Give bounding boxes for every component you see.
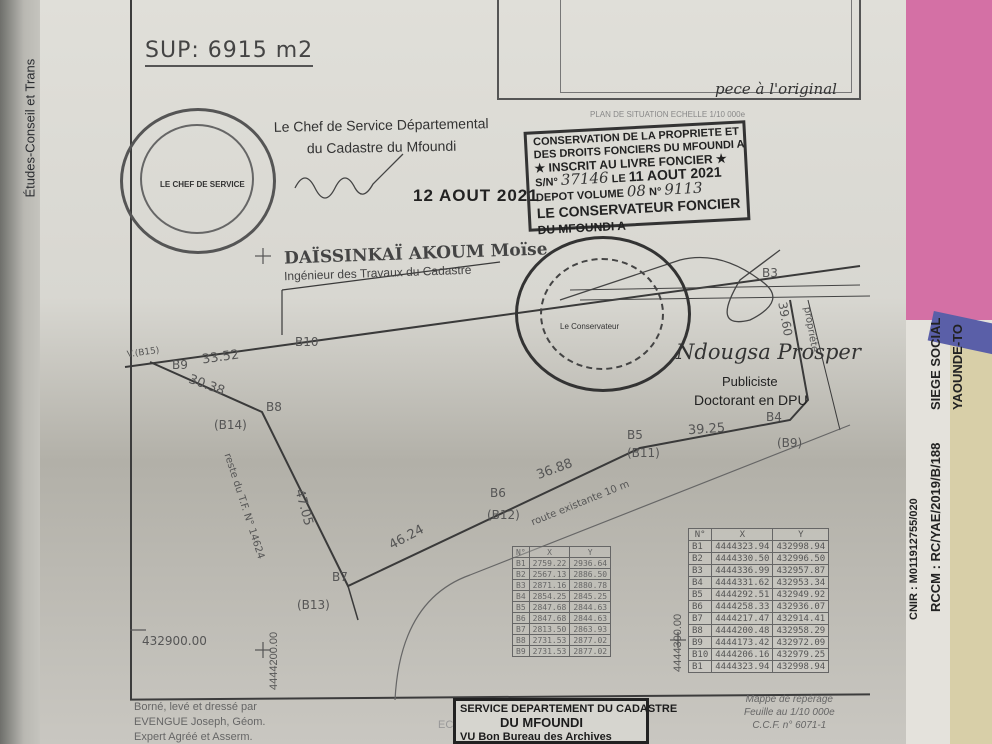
coordinate-y-label-1: 4444200.00 xyxy=(268,632,280,690)
table-cell: 432949.92 xyxy=(773,589,829,601)
table-row: B42854.252845.25 xyxy=(513,591,611,602)
coordinate-x-label: 432900.00 xyxy=(142,634,207,648)
boundary-label: (B11) xyxy=(627,446,660,460)
table-cell: 4444206.16 xyxy=(712,649,773,661)
table-cell: 2731.53 xyxy=(529,635,570,646)
table-cell: 432957.87 xyxy=(773,565,829,577)
table-cell: 2845.25 xyxy=(570,591,611,602)
table-cell: 432914.41 xyxy=(773,613,829,625)
table-cell: 2880.78 xyxy=(570,580,611,591)
archive-line-3: VU Bon Bureau des Archives xyxy=(460,730,642,744)
table-cell: 2936.64 xyxy=(570,558,611,569)
boundary-label: B9 xyxy=(172,358,188,372)
table-cell: 2877.02 xyxy=(570,646,611,657)
table-row: B62847.682844.63 xyxy=(513,613,611,624)
table-cell: B8 xyxy=(513,635,530,646)
table-row: B24444330.50432996.50 xyxy=(689,553,829,565)
table-cell: 432998.94 xyxy=(773,661,829,673)
table-cell: B5 xyxy=(689,589,712,601)
table-cell: 4444330.50 xyxy=(712,553,773,565)
table-row: B34444336.99432957.87 xyxy=(689,565,829,577)
table-row: B94444173.42432972.09 xyxy=(689,637,829,649)
table-row: B84444200.48432958.29 xyxy=(689,625,829,637)
table-cell: 432972.09 xyxy=(773,637,829,649)
distance-label: 39.25 xyxy=(688,421,726,439)
boundary-label: B10 xyxy=(295,335,319,349)
table-cell: B9 xyxy=(513,646,530,657)
chief-title-line2: du Cadastre du Mfoundi xyxy=(274,134,489,160)
publicist-role: Publiciste xyxy=(722,374,778,389)
table-cell: 4444336.99 xyxy=(712,565,773,577)
table-cell: 4444200.48 xyxy=(712,625,773,637)
chief-title-line1: Le Chef de Service Départemental xyxy=(274,112,489,138)
land-registry-stamp: CONSERVATION DE LA PROPRIETE ET DES DROI… xyxy=(524,120,751,231)
table-cell: 4444217.47 xyxy=(712,613,773,625)
table-cell: B4 xyxy=(513,591,530,602)
table-cell: B1 xyxy=(513,558,530,569)
mappe-line-2: Feuille au 1/10 000e xyxy=(744,706,835,719)
table-cell: 2854.25 xyxy=(529,591,570,602)
chief-seal-inner xyxy=(140,124,254,234)
table-cell: 4444258.33 xyxy=(712,601,773,613)
table-cell: B6 xyxy=(513,613,530,624)
coordinate-y-label-2: 4444300.00 xyxy=(672,614,684,672)
table-cell: 432998.94 xyxy=(773,541,829,553)
table-header: X xyxy=(529,547,570,558)
table-row: B14444323.94432998.94 xyxy=(689,661,829,673)
chief-date-stamp: 12 AOUT 2021 xyxy=(413,186,539,206)
surveyor-line-2: EVENGUE Joseph, Géom. xyxy=(134,715,265,730)
table-cell: 432996.50 xyxy=(773,553,829,565)
table-cell: 4444173.42 xyxy=(712,637,773,649)
boundary-label: B8 xyxy=(266,400,282,414)
table-cell: 432936.07 xyxy=(773,601,829,613)
archive-line-2: DU MFOUNDI xyxy=(460,716,642,730)
table-row: B54444292.51432949.92 xyxy=(689,589,829,601)
boundary-label: (B9) xyxy=(777,436,802,450)
table-header: N° xyxy=(513,547,530,558)
parcel-plan-drawing xyxy=(0,0,992,744)
table-row: B104444206.16432979.25 xyxy=(689,649,829,661)
table-cell: B2 xyxy=(513,569,530,580)
table-row: B82731.532877.02 xyxy=(513,635,611,646)
coordinates-table-main: N° X Y B14444323.94432998.94B24444330.50… xyxy=(688,528,829,673)
archives-stamp: SERVICE DEPARTEMENT DU CADASTRE DU MFOUN… xyxy=(453,698,649,744)
table-cell: 2731.53 xyxy=(529,646,570,657)
table-cell: B2 xyxy=(689,553,712,565)
chief-service-title: Le Chef de Service Départemental du Cada… xyxy=(274,112,490,160)
table-cell: B8 xyxy=(689,625,712,637)
table-cell: 432958.29 xyxy=(773,625,829,637)
table-header: N° xyxy=(689,529,712,541)
boundary-label: B4 xyxy=(766,410,782,424)
table-row: B12759.222936.64 xyxy=(513,558,611,569)
table-cell: 2759.22 xyxy=(529,558,570,569)
table-cell: 4444323.94 xyxy=(712,541,773,553)
table-row: B22567.132886.50 xyxy=(513,569,611,580)
table-row: B44444331.62432953.34 xyxy=(689,577,829,589)
table-row: B72813.502863.93 xyxy=(513,624,611,635)
stamp-volume-value: 08 xyxy=(626,182,646,201)
table-row: B32871.162880.78 xyxy=(513,580,611,591)
stamp-sn-label: S/N° xyxy=(535,176,558,189)
table-cell: 2847.68 xyxy=(529,613,570,624)
conservateur-seal-inner xyxy=(540,258,664,370)
table-cell: 2871.16 xyxy=(529,580,570,591)
coordinates-table-secondary: N° X Y B12759.222936.64B22567.132886.50B… xyxy=(512,546,611,657)
table-cell: 2847.68 xyxy=(529,602,570,613)
table-cell: B3 xyxy=(513,580,530,591)
table-cell: 432953.34 xyxy=(773,577,829,589)
table-row: B14444323.94432998.94 xyxy=(689,541,829,553)
table-cell: 2863.93 xyxy=(570,624,611,635)
table-cell: B9 xyxy=(689,637,712,649)
table-cell: 4444323.94 xyxy=(712,661,773,673)
mappe-line-3: C.C.F. n° 6071-1 xyxy=(744,719,835,732)
table-cell: B5 xyxy=(513,602,530,613)
publicist-name: Ndougsa Prosper xyxy=(676,340,861,364)
boundary-label: (B14) xyxy=(214,418,247,432)
boundary-label: B6 xyxy=(490,486,506,500)
stamp-le-label: LE xyxy=(611,173,626,186)
table-cell: B6 xyxy=(689,601,712,613)
surveyor-line-3: Expert Agréé et Asserm. xyxy=(134,730,265,744)
stamp-no-value: 9113 xyxy=(664,179,703,199)
table-cell: 2567.13 xyxy=(529,569,570,580)
table-cell: 2886.50 xyxy=(570,569,611,580)
table-row: B64444258.33432936.07 xyxy=(689,601,829,613)
table-cell: B7 xyxy=(689,613,712,625)
table-cell: 2877.02 xyxy=(570,635,611,646)
table-row: B52847.682844.63 xyxy=(513,602,611,613)
publicist-degree: Doctorant en DPU xyxy=(694,392,808,408)
conservateur-seal-text: Le Conservateur xyxy=(560,322,619,331)
table-cell: 2844.63 xyxy=(570,613,611,624)
mappe-line-1: Mappe de repérage xyxy=(744,693,835,706)
table-row: B92731.532877.02 xyxy=(513,646,611,657)
table-cell: 4444292.51 xyxy=(712,589,773,601)
table-cell: 2844.63 xyxy=(570,602,611,613)
table-header: X xyxy=(712,529,773,541)
table-cell: B1 xyxy=(689,661,712,673)
table-cell: B4 xyxy=(689,577,712,589)
boundary-label: B3 xyxy=(762,266,778,280)
boundary-label: B5 xyxy=(627,428,643,442)
table-cell: B1 xyxy=(689,541,712,553)
table-cell: B10 xyxy=(689,649,712,661)
table-header: Y xyxy=(570,547,611,558)
surveyor-line-1: Borné, levé et dressé par xyxy=(134,700,265,715)
table-header: Y xyxy=(773,529,829,541)
table-cell: B7 xyxy=(513,624,530,635)
boundary-label: (B12) xyxy=(487,508,520,522)
table-row: B74444217.47432914.41 xyxy=(689,613,829,625)
archive-line-1: SERVICE DEPARTEMENT DU CADASTRE xyxy=(460,702,642,716)
table-cell: 4444331.62 xyxy=(712,577,773,589)
chief-seal-text: LE CHEF DE SERVICE xyxy=(160,180,245,189)
reference-map-note: Mappe de repérage Feuille au 1/10 000e C… xyxy=(744,693,835,732)
stamp-no-label: N° xyxy=(649,186,662,199)
table-cell: B3 xyxy=(689,565,712,577)
surveyor-credit: Borné, levé et dressé par EVENGUE Joseph… xyxy=(134,700,265,744)
table-cell: 432979.25 xyxy=(773,649,829,661)
table-cell: 2813.50 xyxy=(529,624,570,635)
boundary-label: (B13) xyxy=(297,598,330,612)
boundary-label: B7 xyxy=(332,570,348,584)
